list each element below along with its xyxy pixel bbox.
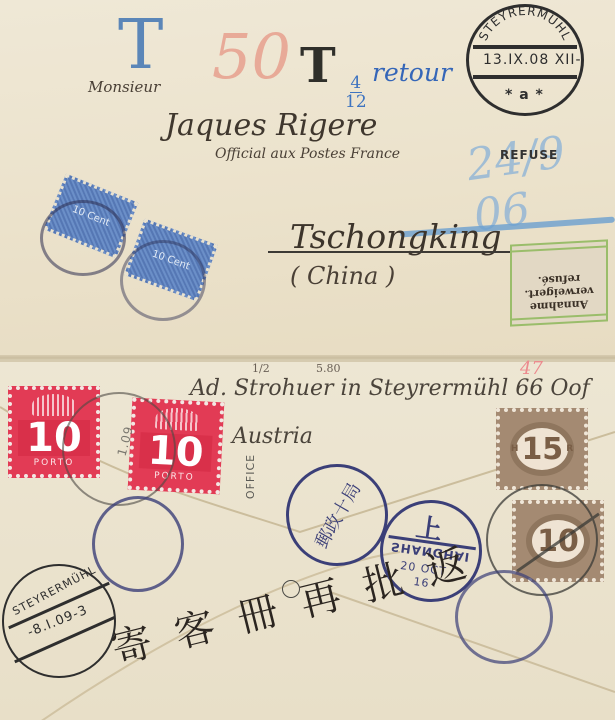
postmark-steyrermuhl-bottom: STEYRERMÜHL -8.I.09-3 xyxy=(2,564,116,678)
cancel-mark-front-2 xyxy=(120,240,206,321)
addressee-name: Jaques Rigere xyxy=(165,108,377,143)
postage-due-stamp-brown-15: H 15 R xyxy=(496,408,588,490)
black-tax-mark: T xyxy=(300,38,336,94)
salutation: Monsieur xyxy=(88,78,160,96)
stamp-value: 15 xyxy=(521,432,563,467)
sender-line-1: Ad. Strohuer in Steyrermühl 66 Oof xyxy=(190,376,590,401)
eagle-crest-icon xyxy=(32,394,76,416)
office-mark: OFFICE xyxy=(244,454,257,499)
stamp-unit-right: R xyxy=(566,444,573,454)
stamp-unit-left: H xyxy=(511,444,519,454)
chinese-postmark-glyphs: 郵政十局 xyxy=(308,477,367,552)
refusal-label: Annahme verweigert. refusé. xyxy=(510,239,608,326)
retour-note: retour xyxy=(372,58,452,87)
pencil-fraction: 1/2 xyxy=(252,362,270,375)
cancel-date: 1.09 xyxy=(115,424,136,457)
city-underline xyxy=(268,251,533,253)
postmark-code: * a * xyxy=(505,87,544,103)
fraction-top: 4 xyxy=(345,74,367,92)
addressee-title: Official aux Postes France xyxy=(215,146,400,162)
postmark-bar xyxy=(516,513,600,573)
envelope-back: 1/2 5.80 47 Ad. Strohuer in Steyrermühl … xyxy=(0,360,615,720)
envelope-front: T 50 T 4 12 retour STEYRERMÜHL 13.IX.08 … xyxy=(0,0,615,358)
refuse-mark: REFUSE xyxy=(500,148,558,162)
blue-tax-mark: T xyxy=(118,6,163,85)
postmark-steyrermuhl-front: STEYRERMÜHL 13.IX.08 XII- * a * xyxy=(466,4,584,116)
stamp-oval: H 15 R xyxy=(510,422,574,476)
pencil-amount: 5.80 xyxy=(316,362,341,375)
cancel-mark-front-1 xyxy=(40,200,126,276)
svg-text:STEYRERMÜHL: STEYRERMÜHL xyxy=(476,7,574,43)
postmark-date: -8.I.09-3 xyxy=(26,603,91,641)
red-pencil-mark: 50 xyxy=(212,20,291,93)
cancel-over-red-stamps: 1.09 xyxy=(62,392,176,506)
blue-fraction-note: 4 12 xyxy=(345,74,367,111)
postmark-date: 13.IX.08 XII- xyxy=(483,52,582,68)
sender-line-2: Austria xyxy=(232,424,313,449)
destination-country: ( China ) xyxy=(290,262,395,290)
postmark-violet-left xyxy=(92,496,184,592)
